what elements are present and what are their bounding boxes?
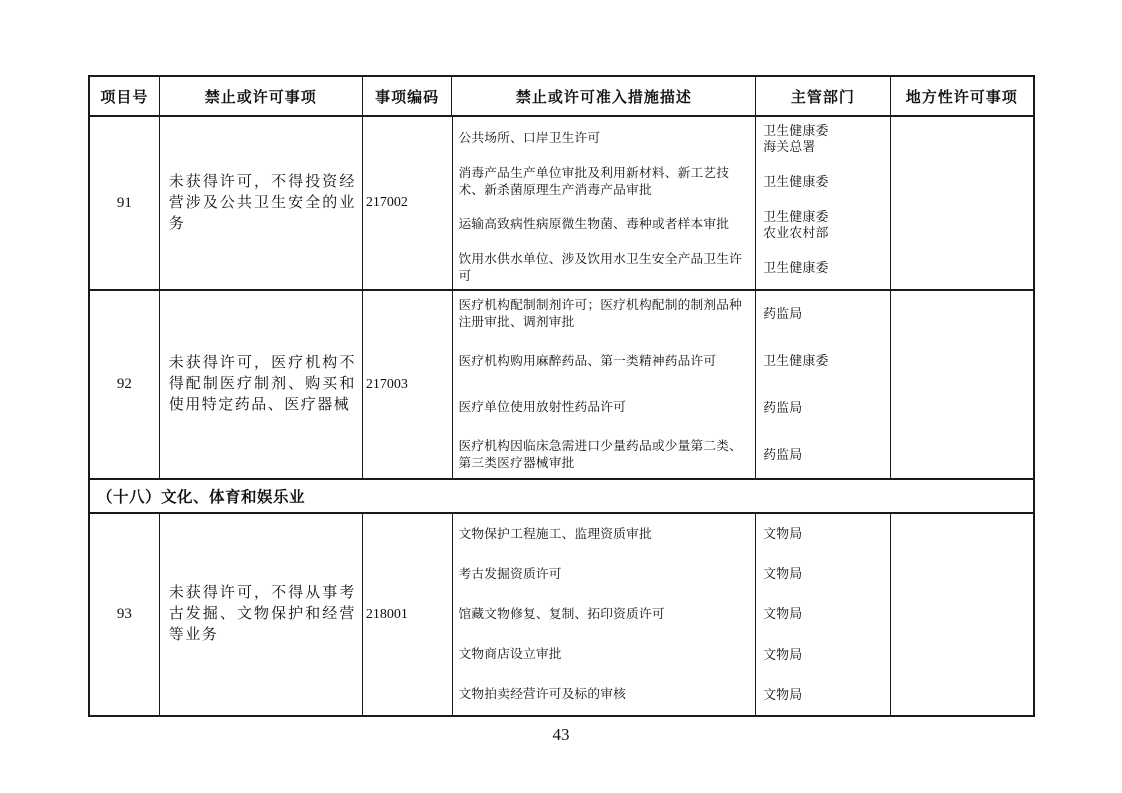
department-name: 卫生健康委 — [763, 353, 885, 369]
department-names: 卫生健康委农业农村部 — [756, 207, 889, 243]
department-name: 卫生健康委 — [763, 174, 885, 190]
table-header-row: 项目号 禁止或许可事项 事项编码 禁止或许可准入措施描述 主管部门 地方性许可事… — [90, 77, 1033, 117]
measure-description: 医疗机构购用麻醉药品、第一类精神药品许可 — [453, 351, 756, 372]
measure-description: 文物拍卖经营许可及标的审核 — [453, 684, 756, 705]
department-names: 文物局 — [756, 604, 889, 624]
department-name: 文物局 — [763, 687, 885, 703]
table-row: 92未获得许可，医疗机构不得配制医疗制剂、购买和使用特定药品、医疗器械21700… — [90, 291, 1033, 480]
measure-description: 公共场所、口岸卫生许可 — [453, 128, 756, 149]
table-row: 91未获得许可，不得投资经营涉及公共卫生安全的业务217002公共场所、口岸卫生… — [90, 117, 1033, 291]
department-name: 卫生健康委 — [763, 260, 885, 276]
page-number: 43 — [0, 725, 1122, 745]
header-item-code: 事项编码 — [363, 77, 453, 115]
item-number-cell: 91 — [90, 117, 160, 289]
item-description-cell: 未获得许可，医疗机构不得配制医疗制剂、购买和使用特定药品、医疗器械 — [160, 291, 363, 478]
department-names: 药监局 — [756, 445, 889, 465]
department-name: 药监局 — [763, 400, 885, 416]
department-names: 文物局 — [756, 524, 889, 544]
item-description-cell: 未获得许可，不得投资经营涉及公共卫生安全的业务 — [160, 117, 363, 289]
local-permit-cell — [891, 117, 1033, 289]
measure-description: 医疗单位使用放射性药品许可 — [453, 397, 756, 418]
header-competent-department: 主管部门 — [756, 77, 890, 115]
department-names: 药监局 — [756, 398, 889, 418]
department-name: 卫生健康委 — [763, 209, 885, 225]
local-permit-cell — [891, 514, 1033, 715]
item-description-cell: 未获得许可，不得从事考古发掘、文物保护和经营等业务 — [160, 514, 363, 715]
item-number-cell: 93 — [90, 514, 160, 715]
department-names: 卫生健康委海关总署 — [756, 121, 889, 157]
departments-cell: 卫生健康委海关总署卫生健康委卫生健康委农业农村部卫生健康委 — [756, 117, 890, 289]
section-title: （十八）文化、体育和娱乐业 — [90, 485, 305, 507]
department-name: 海关总署 — [763, 139, 885, 155]
department-name: 药监局 — [763, 447, 885, 463]
section-header-row: （十八）文化、体育和娱乐业 — [90, 480, 1033, 514]
local-permit-cell — [891, 291, 1033, 478]
department-name: 文物局 — [763, 647, 885, 663]
item-code-cell: 217003 — [363, 291, 453, 478]
measure-description: 馆藏文物修复、复制、拓印资质许可 — [453, 604, 756, 625]
measures-cell: 文物保护工程施工、监理资质审批考古发掘资质许可馆藏文物修复、复制、拓印资质许可文… — [453, 514, 757, 715]
department-name: 农业农村部 — [763, 225, 885, 241]
department-names: 卫生健康委 — [756, 351, 889, 371]
department-names: 文物局 — [756, 685, 889, 705]
measures-cell: 医疗机构配制制剂许可；医疗机构配制的制剂品种注册审批、调剂审批医疗机构购用麻醉药… — [453, 291, 757, 478]
department-names: 药监局 — [756, 304, 889, 324]
measure-description: 饮用水供水单位、涉及饮用水卫生安全产品卫生许可 — [453, 249, 756, 287]
department-names: 卫生健康委 — [756, 172, 889, 192]
department-names: 卫生健康委 — [756, 258, 889, 278]
measure-description: 运输高致病性病原微生物菌、毒种或者样本审批 — [453, 214, 756, 235]
permit-table: 项目号 禁止或许可事项 事项编码 禁止或许可准入措施描述 主管部门 地方性许可事… — [88, 75, 1035, 717]
department-name: 文物局 — [763, 606, 885, 622]
department-names: 文物局 — [756, 564, 889, 584]
table-row: 93未获得许可，不得从事考古发掘、文物保护和经营等业务218001文物保护工程施… — [90, 514, 1033, 715]
item-code-cell: 218001 — [363, 514, 453, 715]
department-name: 文物局 — [763, 566, 885, 582]
department-name: 卫生健康委 — [763, 123, 885, 139]
department-name: 药监局 — [763, 306, 885, 322]
measure-description: 医疗机构因临床急需进口少量药品或少量第二类、第三类医疗器械审批 — [453, 436, 756, 474]
header-measure-description: 禁止或许可准入措施描述 — [452, 77, 756, 115]
measure-description: 考古发掘资质许可 — [453, 564, 756, 585]
measures-cell: 公共场所、口岸卫生许可消毒产品生产单位审批及利用新材料、新工艺技术、新杀菌原理生… — [453, 117, 757, 289]
measure-description: 消毒产品生产单位审批及利用新材料、新工艺技术、新杀菌原理生产消毒产品审批 — [453, 163, 756, 201]
header-prohibit-permit-item: 禁止或许可事项 — [160, 77, 363, 115]
measure-description: 文物保护工程施工、监理资质审批 — [453, 524, 756, 545]
header-local-permit-item: 地方性许可事项 — [891, 77, 1033, 115]
department-name: 文物局 — [763, 526, 885, 542]
departments-cell: 药监局卫生健康委药监局药监局 — [756, 291, 890, 478]
measure-description: 文物商店设立审批 — [453, 644, 756, 665]
table-body: 91未获得许可，不得投资经营涉及公共卫生安全的业务217002公共场所、口岸卫生… — [90, 117, 1033, 715]
departments-cell: 文物局文物局文物局文物局文物局 — [756, 514, 890, 715]
department-names: 文物局 — [756, 645, 889, 665]
item-code-cell: 217002 — [363, 117, 453, 289]
header-item-number: 项目号 — [90, 77, 160, 115]
measure-description: 医疗机构配制制剂许可；医疗机构配制的制剂品种注册审批、调剂审批 — [453, 295, 756, 333]
item-number-cell: 92 — [90, 291, 160, 478]
